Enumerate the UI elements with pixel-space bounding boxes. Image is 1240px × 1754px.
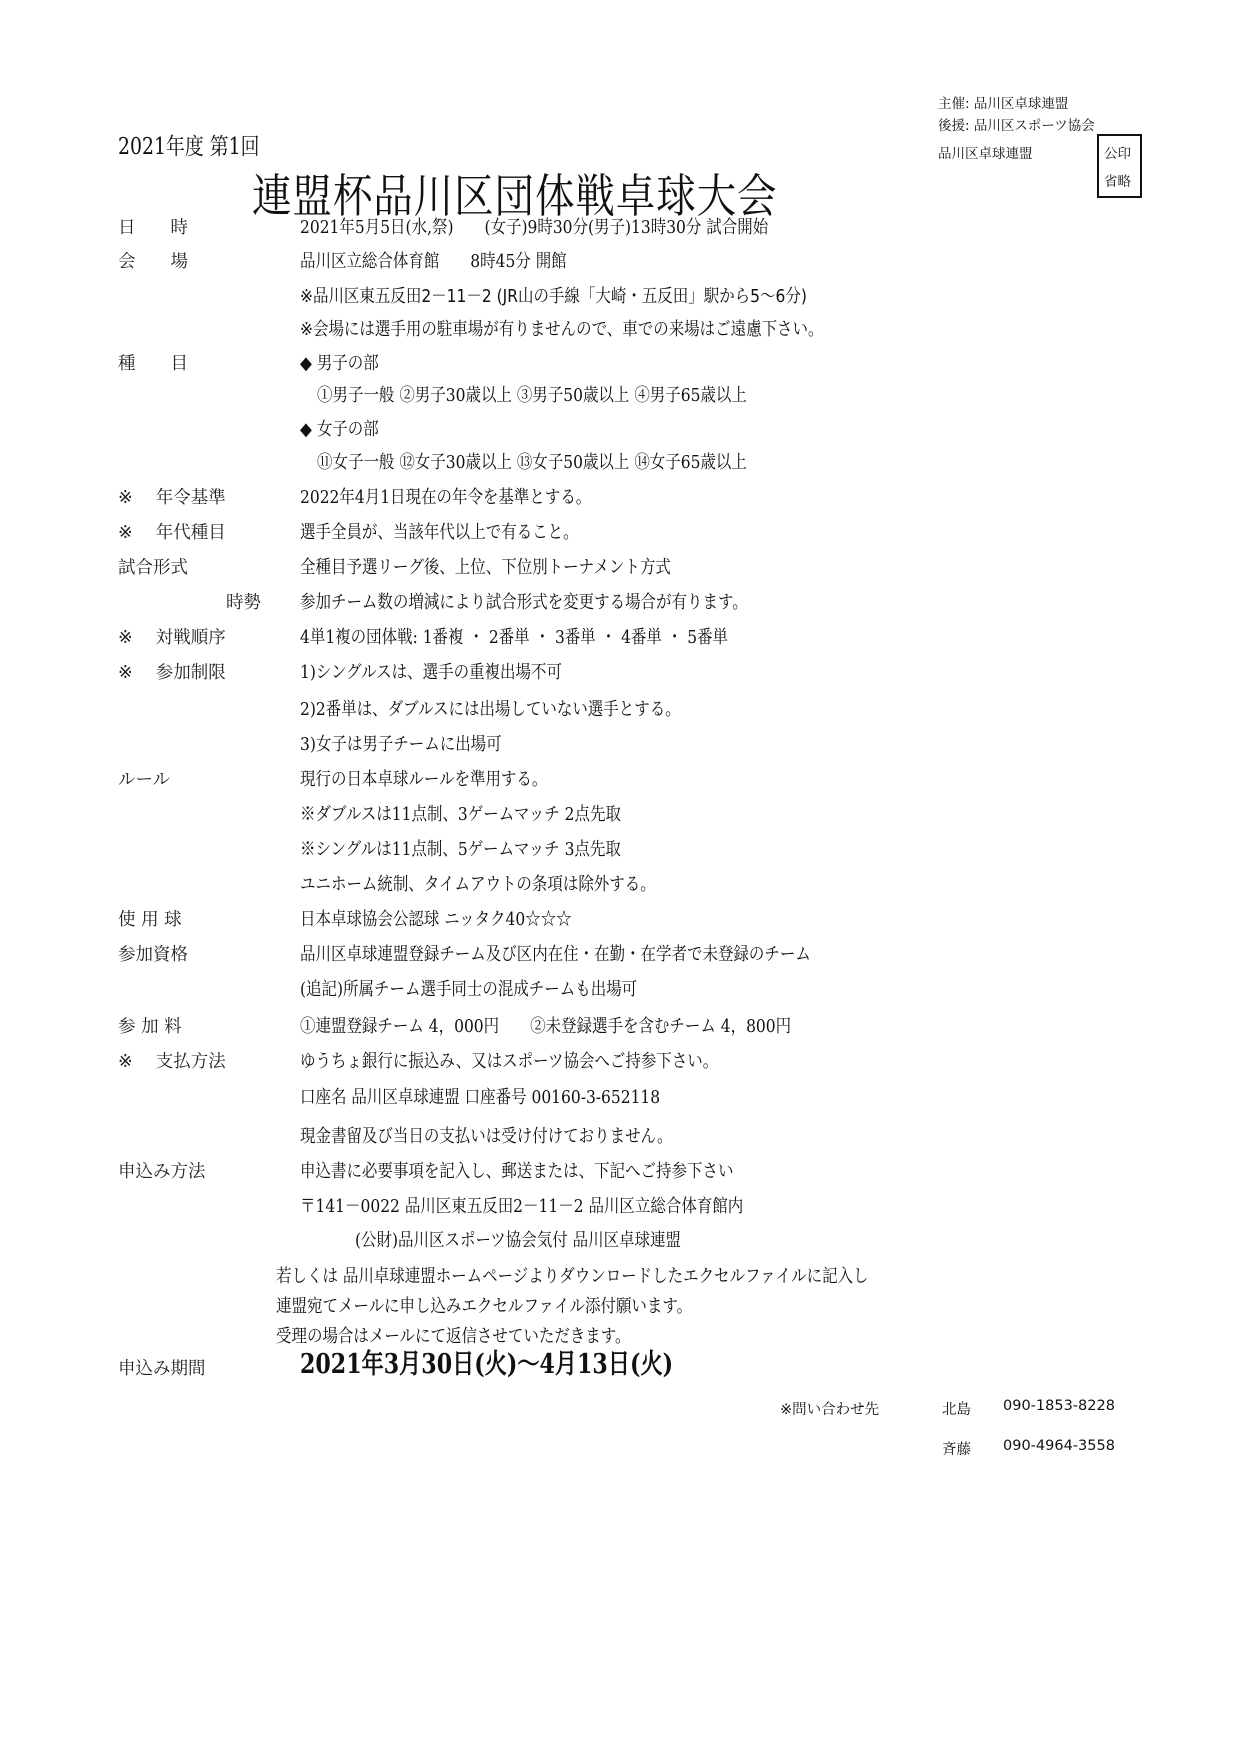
- row-fee: 参 加 料 ①連盟登録チーム 4，000円 ②未登録選手を含むチーム 4，800…: [0, 1012, 1240, 1042]
- row-payment-2: 口座名 品川区卓球連盟 口座番号 00160-3-652118: [0, 1083, 1240, 1113]
- row-rules-3: ※シングルは11点制、5ゲームマッチ 3点先取: [0, 835, 1240, 865]
- row-rules-1: ルール 現行の日本卓球ルールを準用する。: [0, 765, 1240, 795]
- row-venue: 会 場 品川区立総合体育館 8時45分 開館: [0, 247, 1240, 277]
- row-payment-1: ※ 支払方法 ゆうちょ銀行に振込み、又はスポーツ協会へご持参下さい。: [0, 1047, 1240, 1077]
- rule-4: ユニホーム統制、タイムアウトの条項は除外する。: [300, 870, 656, 900]
- eligibility-1: 品川区卓球連盟登録チーム及び区内在住・在勤・在学者で未登録のチーム: [300, 940, 811, 970]
- value-match-order: 4単1複の団体戦: 1番複 ・ 2番単 ・ 3番単 ・ 4番単 ・ 5番単: [300, 623, 728, 653]
- row-venue-address: ※品川区東五反田2－11－2 (JR山の手線「大崎・五反田」駅から5～6分): [0, 282, 1240, 312]
- label-venue: 会 場: [118, 247, 188, 277]
- row-application-2: 〒141－0022 品川区東五反田2－11－2 品川区立総合体育館内: [0, 1192, 1240, 1222]
- issuer: 品川区卓球連盟: [938, 142, 1033, 162]
- women-section: ◆ 女子の部: [300, 415, 379, 445]
- contact-phone-1: 090-1853-8228: [1003, 1398, 1115, 1414]
- entry-limit-2: 2)2番単は、ダブルスには出場していない選手とする。: [300, 695, 681, 725]
- value-venue-address: ※品川区東五反田2－11－2 (JR山の手線「大崎・五反田」駅から5～6分): [300, 282, 807, 312]
- row-application-3: (公財)品川区スポーツ協会気付 品川区卓球連盟: [0, 1226, 1240, 1256]
- row-eligibility-2: (追記)所属チーム選手同士の混成チームも出場可: [0, 975, 1240, 1005]
- row-eligibility-1: 参加資格 品川区卓球連盟登録チーム及び区内在住・在勤・在学者で未登録のチーム: [0, 940, 1240, 970]
- stamp-line-1: 公印: [1104, 140, 1140, 168]
- women-events: ⑪女子一般 ⑫女子30歳以上 ⑬女子50歳以上 ⑭女子65歳以上: [317, 448, 747, 478]
- row-events: 種 目 ◆ 男子の部: [0, 349, 1240, 379]
- contact-label: ※問い合わせ先: [780, 1398, 879, 1419]
- label-circumstances: 時勢: [226, 588, 261, 618]
- label-events: 種 目: [118, 349, 188, 379]
- row-venue-parking: ※会場には選手用の駐車場が有りませんので、車での来場はご遠慮下さい。: [0, 315, 1240, 345]
- eligibility-2: (追記)所属チーム選手同士の混成チームも出場可: [300, 975, 637, 1005]
- row-entry-limit-2: 2)2番単は、ダブルスには出場していない選手とする。: [0, 695, 1240, 725]
- row-payment-3: 現金書留及び当日の支払いは受け付けておりません。: [0, 1122, 1240, 1152]
- label-age-standard: ※ 年令基準: [118, 483, 226, 513]
- value-ball: 日本卓球協会公認球 ニッタク40☆☆☆: [300, 905, 572, 935]
- payment-account: 口座名 品川区卓球連盟 口座番号 00160-3-652118: [300, 1083, 660, 1113]
- value-fee: ①連盟登録チーム 4，000円 ②未登録選手を含むチーム 4，800円: [300, 1012, 791, 1042]
- rule-1: 現行の日本卓球ルールを準用する。: [300, 765, 547, 795]
- row-period: 申込み期間 2021年3月30日(火)～4月13日(火): [0, 1354, 1240, 1384]
- row-age-standard: ※ 年令基準 2022年4月1日現在の年令を基準とする。: [0, 483, 1240, 513]
- contact-phone-2: 090-4964-3558: [1003, 1438, 1115, 1454]
- row-women-events: ⑪女子一般 ⑫女子30歳以上 ⑬女子50歳以上 ⑭女子65歳以上: [0, 448, 1240, 478]
- seal-omitted-box: 公印 省略: [1097, 134, 1142, 198]
- label-application: 申込み方法: [118, 1157, 206, 1187]
- year-edition: 2021年度 第1回: [118, 128, 259, 161]
- rule-2: ※ダブルスは11点制、3ゲームマッチ 2点先取: [300, 800, 621, 830]
- label-entry-limits: ※ 参加制限: [118, 658, 226, 688]
- label-match-format: 試合形式: [118, 553, 188, 583]
- contact-name-1: 北島: [942, 1398, 971, 1419]
- value-match-format: 全種目予選リーグ後、上位、下位別トーナメント方式: [300, 553, 671, 583]
- application-care-of: (公財)品川区スポーツ協会気付 品川区卓球連盟: [355, 1226, 681, 1256]
- contact-name-2: 斉藤: [942, 1438, 971, 1459]
- row-age-category: ※ 年代種目 選手全員が、当該年代以上で有ること。: [0, 518, 1240, 548]
- value-venue: 品川区立総合体育館 8時45分 開館: [300, 247, 567, 277]
- payment-1: ゆうちょ銀行に振込み、又はスポーツ協会へご持参下さい。: [300, 1047, 718, 1077]
- value-circumstances: 参加チーム数の増減により試合形式を変更する場合が有ります。: [300, 588, 748, 618]
- row-rules-4: ユニホーム統制、タイムアウトの条項は除外する。: [0, 870, 1240, 900]
- application-online-3: 受理の場合はメールにて返信させていただきます。: [276, 1322, 630, 1352]
- value-age-category: 選手全員が、当該年代以上で有ること。: [300, 518, 579, 548]
- value-venue-parking: ※会場には選手用の駐車場が有りませんので、車での来場はご遠慮下さい。: [300, 315, 823, 345]
- application-online-1: 若しくは 品川卓球連盟ホームページよりダウンロードしたエクセルファイルに記入し: [276, 1262, 869, 1292]
- label-eligibility: 参加資格: [118, 940, 188, 970]
- supporter: 後援: 品川区スポーツ協会: [938, 114, 1095, 134]
- row-match-order: ※ 対戦順序 4単1複の団体戦: 1番複 ・ 2番単 ・ 3番単 ・ 4番単 ・…: [0, 623, 1240, 653]
- row-men-events: ①男子一般 ②男子30歳以上 ③男子50歳以上 ④男子65歳以上: [0, 381, 1240, 411]
- row-rules-2: ※ダブルスは11点制、3ゲームマッチ 2点先取: [0, 800, 1240, 830]
- rule-3: ※シングルは11点制、5ゲームマッチ 3点先取: [300, 835, 621, 865]
- row-application-1: 申込み方法 申込書に必要事項を記入し、郵送または、下記へご持参下さい: [0, 1157, 1240, 1187]
- application-1: 申込書に必要事項を記入し、郵送または、下記へご持参下さい: [300, 1157, 733, 1187]
- entry-limit-3: 3)女子は男子チームに出場可: [300, 730, 502, 760]
- row-datetime: 日 時 2021年5月5日(水,祭) (女子)9時30分(男子)13時30分 試…: [0, 213, 1240, 243]
- value-datetime: 2021年5月5日(水,祭) (女子)9時30分(男子)13時30分 試合開始: [300, 213, 768, 243]
- label-datetime: 日 時: [118, 213, 188, 243]
- label-period: 申込み期間: [118, 1354, 206, 1384]
- row-application-4: 若しくは 品川卓球連盟ホームページよりダウンロードしたエクセルファイルに記入し: [0, 1262, 1240, 1292]
- label-fee: 参 加 料: [118, 1012, 182, 1042]
- row-entry-limit-1: ※ 参加制限 1)シングルスは、選手の重複出場不可: [0, 658, 1240, 688]
- payment-3: 現金書留及び当日の支払いは受け付けておりません。: [300, 1122, 672, 1152]
- row-ball: 使 用 球 日本卓球協会公認球 ニッタク40☆☆☆: [0, 905, 1240, 935]
- organizer: 主催: 品川区卓球連盟: [938, 92, 1068, 112]
- stamp-line-2: 省略: [1104, 168, 1140, 196]
- label-ball: 使 用 球: [118, 905, 182, 935]
- label-match-order: ※ 対戦順序: [118, 623, 226, 653]
- application-address: 〒141－0022 品川区東五反田2－11－2 品川区立総合体育館内: [300, 1192, 743, 1222]
- value-period: 2021年3月30日(火)～4月13日(火): [300, 1350, 673, 1380]
- row-entry-limit-3: 3)女子は男子チームに出場可: [0, 730, 1240, 760]
- label-rules: ルール: [118, 765, 170, 795]
- row-women-section: ◆ 女子の部: [0, 415, 1240, 445]
- row-application-5: 連盟宛てメールに申し込みエクセルファイル添付願います。: [0, 1292, 1240, 1322]
- row-match-format: 試合形式 全種目予選リーグ後、上位、下位別トーナメント方式: [0, 553, 1240, 583]
- row-application-6: 受理の場合はメールにて返信させていただきます。: [0, 1322, 1240, 1352]
- label-age-category: ※ 年代種目: [118, 518, 226, 548]
- men-section: ◆ 男子の部: [300, 349, 379, 379]
- value-age-standard: 2022年4月1日現在の年令を基準とする。: [300, 483, 591, 513]
- row-circumstances: 時勢 参加チーム数の増減により試合形式を変更する場合が有ります。: [0, 588, 1240, 618]
- application-online-2: 連盟宛てメールに申し込みエクセルファイル添付願います。: [276, 1292, 692, 1322]
- men-events: ①男子一般 ②男子30歳以上 ③男子50歳以上 ④男子65歳以上: [317, 381, 747, 411]
- label-payment: ※ 支払方法: [118, 1047, 226, 1077]
- entry-limit-1: 1)シングルスは、選手の重複出場不可: [300, 658, 562, 688]
